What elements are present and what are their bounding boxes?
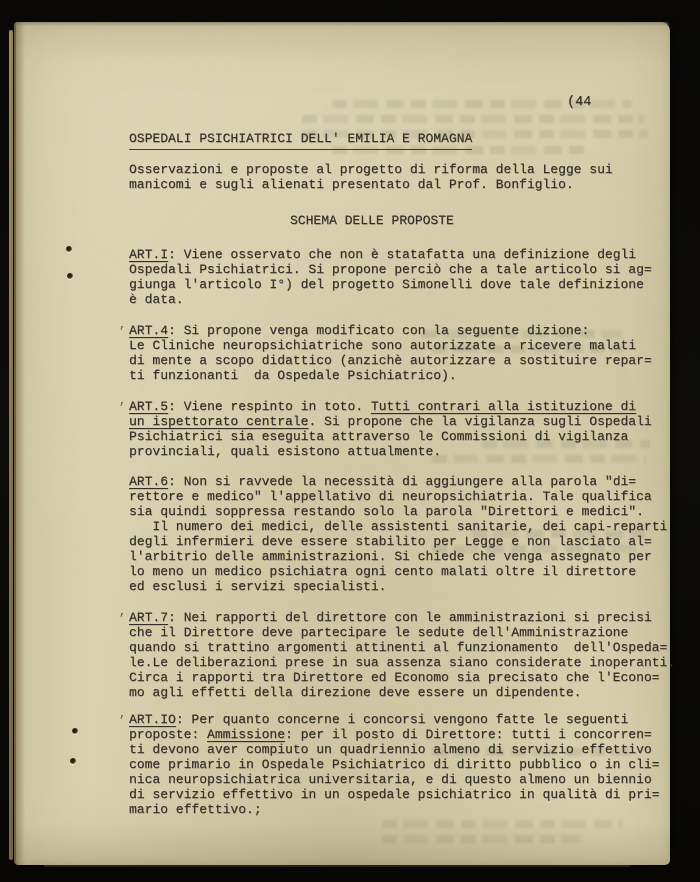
article-art-1: ART.I: Viene osservato che non è statafa… xyxy=(129,247,700,307)
article-art-5: ART.5: Viene respinto in toto. Tutti con… xyxy=(129,399,700,459)
bleed-through-texture xyxy=(302,115,644,123)
article-label: ART.7 xyxy=(129,610,168,625)
article-art-7: ART.7: Nei rapporti del direttore con le… xyxy=(129,610,700,700)
article-label: ART.IO xyxy=(129,712,176,727)
punch-hole xyxy=(66,246,72,252)
document-title: OSPEDALI PSICHIATRICI DELL' EMILIA E ROM… xyxy=(129,131,700,146)
bleed-through-texture xyxy=(382,835,580,843)
punch-hole xyxy=(70,758,76,764)
article-label: ART.6 xyxy=(129,474,168,489)
section-heading: SCHEMA DELLE PROPOSTE xyxy=(290,213,590,228)
page-gutter-shadow xyxy=(16,22,25,865)
article-label: ART.I xyxy=(129,247,168,262)
article-label: ART.4 xyxy=(129,323,168,338)
punch-hole xyxy=(67,273,73,279)
page-top-edge xyxy=(16,22,670,26)
punch-hole xyxy=(72,728,78,734)
article-body: : Viene osservato che non è statafatta u… xyxy=(129,247,652,307)
article-label: ART.5 xyxy=(129,399,168,414)
article-art-6: ART.6: Non si ravvede la necessità di ag… xyxy=(129,474,700,594)
article-body: : Viene respinto in toto. xyxy=(168,399,371,414)
under-page-left-edge xyxy=(9,30,13,860)
intro-paragraph: Osservazioni e proposte al progetto di r… xyxy=(129,162,700,192)
article-art-4: ART.4: Si propone venga modificato con l… xyxy=(129,323,700,383)
article-art-10: ART.IO: Per quanto concerne i concorsi v… xyxy=(129,712,700,817)
article-body: : Nei rapporti del direttore con le ammi… xyxy=(129,610,675,700)
article-body: : Non si ravvede la necessità di aggiung… xyxy=(129,474,667,594)
bleed-through-texture xyxy=(382,820,622,828)
article-body: : Si propone venga modificato con la seg… xyxy=(129,323,652,383)
page-number: (44 xyxy=(567,95,627,110)
document-page: , , , , (44 OSPEDALI PSICHIATRICI DELL' … xyxy=(14,22,670,865)
document-title-text: OSPEDALI PSICHIATRICI DELL' EMILIA E ROM… xyxy=(129,131,472,150)
article-underlined-phrase: Ammissione xyxy=(207,727,285,742)
